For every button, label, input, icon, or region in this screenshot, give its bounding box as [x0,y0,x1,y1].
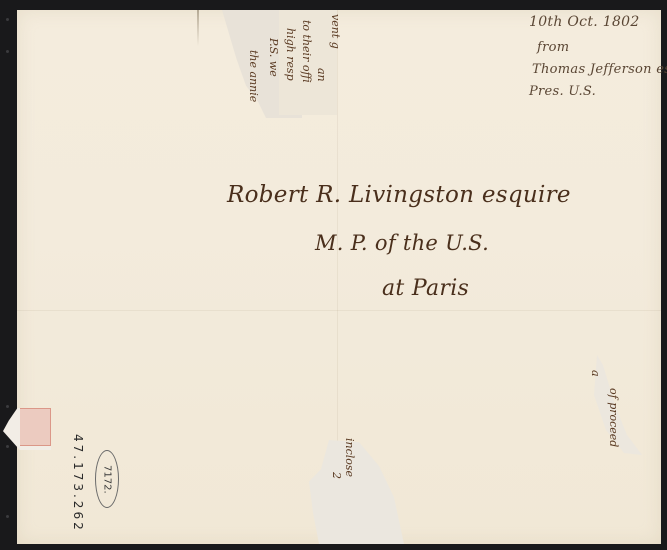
fragment-line: the annie [247,50,260,102]
scan-frame: the annie P.S. we high resp to their off… [0,0,667,550]
address-title: M. P. of the U.S. [315,231,489,255]
letter-paper: the annie P.S. we high resp to their off… [17,10,661,544]
fragment-mark: 2 [330,472,343,479]
fragment-line: to their offi [300,20,313,83]
docket-date: 10th Oct. 1802 [529,14,640,30]
fragment-line: P.S. we [267,38,280,77]
address-recipient: Robert R. Livingston esquire [227,182,571,208]
docket-from: from [537,40,569,55]
oval-stamp-text: 7172. [102,465,113,494]
paper-crease [197,10,199,46]
fragment-line: an [315,68,328,82]
fragment-line: vent g [329,14,342,49]
catalog-number: 47.173.262 [71,434,85,533]
archive-oval-stamp: 7172. [95,450,119,508]
fragment-line: high resp [284,28,297,81]
fold-line-horizontal [17,310,661,311]
fragment-mark: a [589,370,602,377]
torn-fragment-bottom [309,440,409,544]
docket-sender: Thomas Jefferson esq. [532,62,667,77]
address-destination: at Paris [382,276,469,301]
fragment-text: of proceed [607,388,620,447]
wax-seal-residue [20,408,51,446]
fragment-text: inclose [343,438,356,477]
docket-title: Pres. U.S. [529,84,596,99]
